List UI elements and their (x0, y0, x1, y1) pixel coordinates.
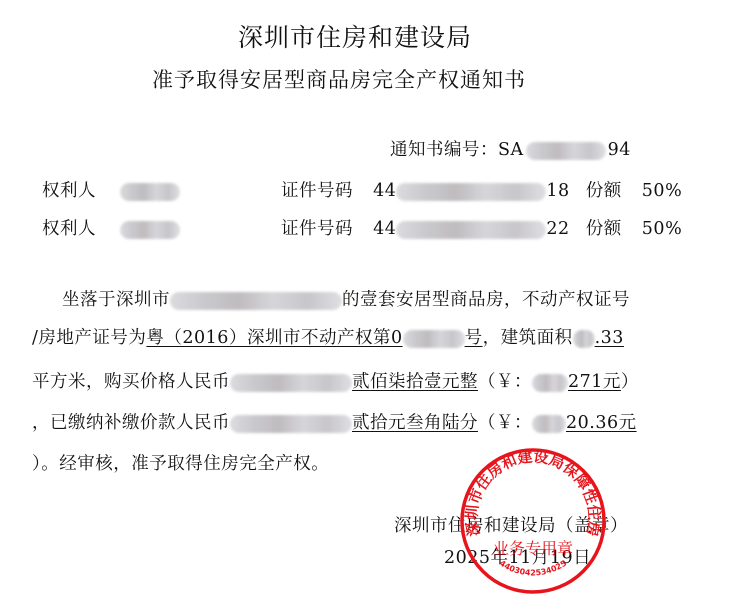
id-suffix: 18 (546, 181, 569, 201)
redacted-id (396, 221, 546, 239)
area-value: .33 (595, 328, 624, 348)
redacted-payment-num (532, 415, 566, 433)
text: /房地产证号为 (32, 328, 146, 348)
owner-id-row-2: 证件号码 4422 份额 50% (281, 215, 682, 240)
signature-org: 深圳市住房和建设局（盖章） (394, 512, 628, 537)
id-suffix: 22 (546, 219, 569, 239)
notice-number: 通知书编号：SA94 (390, 136, 631, 161)
owner-row-2: 权利人 (42, 215, 180, 240)
owner-label: 权利人 (42, 219, 96, 239)
redacted-address (170, 292, 342, 310)
redacted-payment (230, 415, 352, 433)
text: （￥： (478, 413, 532, 433)
id-prefix: 44 (373, 219, 396, 239)
body-line-1: 坐落于深圳市的壹套安居型商品房，不动产权证号 (62, 286, 630, 311)
signature-date: 2025年11月19日 (444, 544, 591, 569)
text: 坐落于深圳市 (62, 290, 170, 310)
document-title: 深圳市住房和建设局 (238, 18, 472, 54)
body-line-3: 平方米，购买价格人民币贰佰柒拾壹元整（￥：271元） (32, 368, 639, 393)
price-words: 贰佰柒拾壹元整 (352, 372, 478, 392)
payment-words: 贰拾元叁角陆分 (352, 413, 478, 433)
notice-number-prefix: SA (498, 140, 524, 160)
text: ） (621, 372, 639, 392)
id-label: 证件号码 (281, 219, 353, 239)
share-value: 50% (642, 219, 682, 239)
body-line-5: ）。经审核，准予取得住房完全产权。 (32, 450, 329, 475)
notice-number-label: 通知书编号： (390, 140, 498, 160)
owner-row-1: 权利人 (42, 177, 180, 202)
text: 平方米，购买价格人民币 (32, 372, 230, 392)
share-value: 50% (642, 181, 682, 201)
text: ，建筑面积 (483, 328, 573, 348)
cert-number: 粤（2016）深圳市不动产权第0 (146, 328, 402, 348)
redacted-price (230, 374, 352, 392)
owner-label: 权利人 (42, 181, 96, 201)
share-label: 份额 (586, 219, 622, 239)
owner-id-row-1: 证件号码 4418 份额 50% (281, 177, 682, 202)
redacted-block (526, 142, 606, 160)
redacted-cert (403, 330, 465, 348)
redacted-id (396, 183, 546, 201)
body-line-4: ，已缴纳补缴价款人民币贰拾元叁角陆分（￥：20.36元 (32, 409, 637, 434)
document-subtitle: 准予取得安居型商品房完全产权通知书 (152, 64, 526, 94)
text: 号 (465, 328, 483, 348)
redacted-area (573, 330, 595, 348)
redacted-name (120, 183, 180, 201)
price-number: 271元 (568, 372, 621, 392)
payment-number: 20.36元 (566, 413, 637, 433)
share-label: 份额 (586, 181, 622, 201)
text: 的壹套安居型商品房，不动产权证号 (342, 290, 630, 310)
body-line-2: /房地产证号为粤（2016）深圳市不动产权第0号，建筑面积.33 (32, 324, 624, 349)
notice-number-suffix: 94 (608, 140, 631, 160)
redacted-name (120, 221, 180, 239)
text: （￥： (478, 372, 532, 392)
id-prefix: 44 (373, 181, 396, 201)
text: ，已缴纳补缴价款人民币 (32, 413, 230, 433)
redacted-price-num (532, 374, 568, 392)
id-label: 证件号码 (281, 181, 353, 201)
